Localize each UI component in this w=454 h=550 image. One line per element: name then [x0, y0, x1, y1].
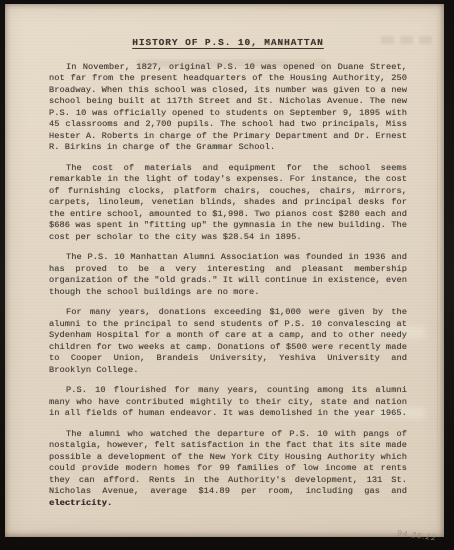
paragraph-housing-development: The alumni who watched the departure of …: [49, 429, 407, 510]
accession-number: 94.26.22: [397, 529, 438, 543]
page-title: HISTORY OF P.S. 10, MANHATTAN: [49, 37, 407, 49]
paragraph-text: The cost of materials and equipment for …: [49, 163, 407, 242]
paragraph-text: P.S. 10 flourished for many years, count…: [49, 385, 407, 418]
paragraph-text: For many years, donations exceeding $1,0…: [49, 307, 407, 375]
stamp-blot: [419, 36, 432, 44]
paragraph-demolition: P.S. 10 flourished for many years, count…: [49, 385, 407, 420]
paper-fold-line: [437, 4, 438, 537]
document-body: HISTORY OF P.S. 10, MANHATTAN In Novembe…: [49, 37, 407, 509]
paragraph-history-opening: In November, 1827, original P.S. 10 was …: [49, 62, 407, 154]
document-page: HISTORY OF P.S. 10, MANHATTAN In Novembe…: [5, 4, 444, 537]
paragraph-costs: The cost of materials and equipment for …: [49, 163, 407, 244]
paragraph-bold-text: electricity.: [49, 498, 112, 508]
scan-background: HISTORY OF P.S. 10, MANHATTAN In Novembe…: [0, 0, 454, 550]
paragraph-text: The alumni who watched the departure of …: [49, 429, 407, 497]
paragraph-alumni-association: The P.S. 10 Manhattan Alumni Association…: [49, 252, 407, 298]
paragraph-donations: For many years, donations exceeding $1,0…: [49, 307, 407, 376]
paragraph-text: The P.S. 10 Manhattan Alumni Association…: [49, 252, 407, 297]
paragraph-text: In November, 1827, original P.S. 10 was …: [49, 62, 407, 153]
